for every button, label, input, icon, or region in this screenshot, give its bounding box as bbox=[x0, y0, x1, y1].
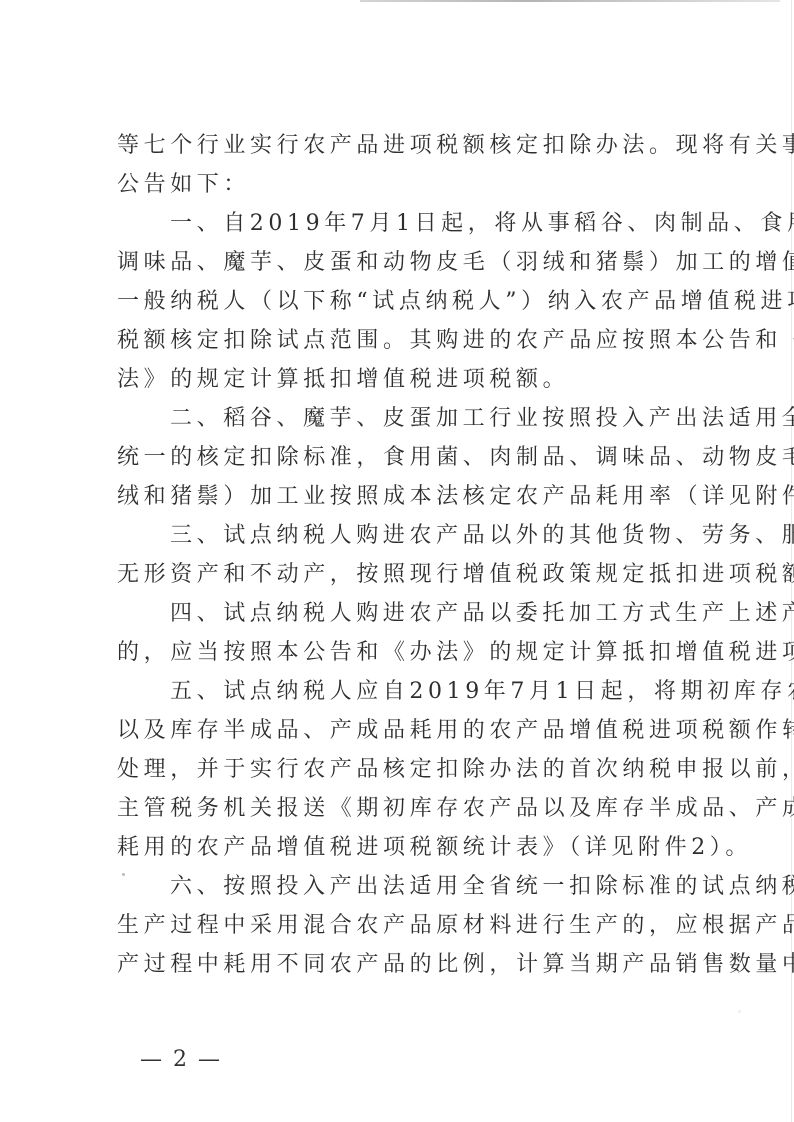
scan-top-edge bbox=[360, 0, 780, 2]
text-line: 三、试点纳税人购进农产品以外的其他货物、劳务、服务、 bbox=[117, 516, 717, 555]
text-line: 法》的规定计算抵扣增值税进项税额。 bbox=[117, 360, 717, 399]
text-line: 五、试点纳税人应自2019年7月1日起，将期初库存农产品 bbox=[117, 672, 717, 711]
text-line: 耗用的农产品增值税进项税额统计表》（详见附件2）。 bbox=[117, 828, 717, 867]
text-line: 的，应当按照本公告和《办法》的规定计算抵扣增值税进项税额。 bbox=[117, 633, 717, 672]
document-body: 等七个行业实行农产品进项税额核定扣除办法。现将有关事项 公告如下： 一、自201… bbox=[117, 126, 717, 984]
text-line: 公告如下： bbox=[117, 165, 717, 204]
text-line: 一般纳税人（以下称“试点纳税人”）纳入农产品增值税进项 bbox=[117, 282, 717, 321]
text-line: 主管税务机关报送《期初库存农产品以及库存半成品、产成品 bbox=[117, 789, 717, 828]
text-line: 无形资产和不动产，按照现行增值税政策规定抵扣进项税额。 bbox=[117, 555, 717, 594]
text-line: 税额核定扣除试点范围。其购进的农产品应按照本公告和《办 bbox=[117, 321, 717, 360]
text-line: 产过程中耗用不同农产品的比例，计算当期产品销售数量中所 bbox=[117, 945, 717, 984]
text-line: 一、自2019年7月1日起，将从事稻谷、肉制品、食用菌、 bbox=[117, 204, 717, 243]
text-line: 生产过程中采用混合农产品原材料进行生产的，应根据产品生 bbox=[117, 906, 717, 945]
scan-speck bbox=[738, 1010, 741, 1013]
text-line: 调味品、魔芋、皮蛋和动物皮毛（羽绒和猪鬃）加工的增值税 bbox=[117, 243, 717, 282]
text-line: 二、稻谷、魔芋、皮蛋加工行业按照投入产出法适用全省 bbox=[117, 399, 717, 438]
text-line: 六、按照投入产出法适用全省统一扣除标准的试点纳税人， bbox=[117, 867, 717, 906]
page-number: — 2 — bbox=[140, 1047, 222, 1072]
text-line: 统一的核定扣除标准，食用菌、肉制品、调味品、动物皮毛（羽 bbox=[117, 438, 717, 477]
text-line: 绒和猪鬃）加工业按照成本法核定农产品耗用率（详见附件1）。 bbox=[117, 477, 717, 516]
text-line: 处理，并于实行农产品核定扣除办法的首次纳税申报以前，向 bbox=[117, 750, 717, 789]
text-line: 以及库存半成品、产成品耗用的农产品增值税进项税额作转出 bbox=[117, 711, 717, 750]
text-line: 等七个行业实行农产品进项税额核定扣除办法。现将有关事项 bbox=[117, 126, 717, 165]
text-line: 四、试点纳税人购进农产品以委托加工方式生产上述产品 bbox=[117, 594, 717, 633]
